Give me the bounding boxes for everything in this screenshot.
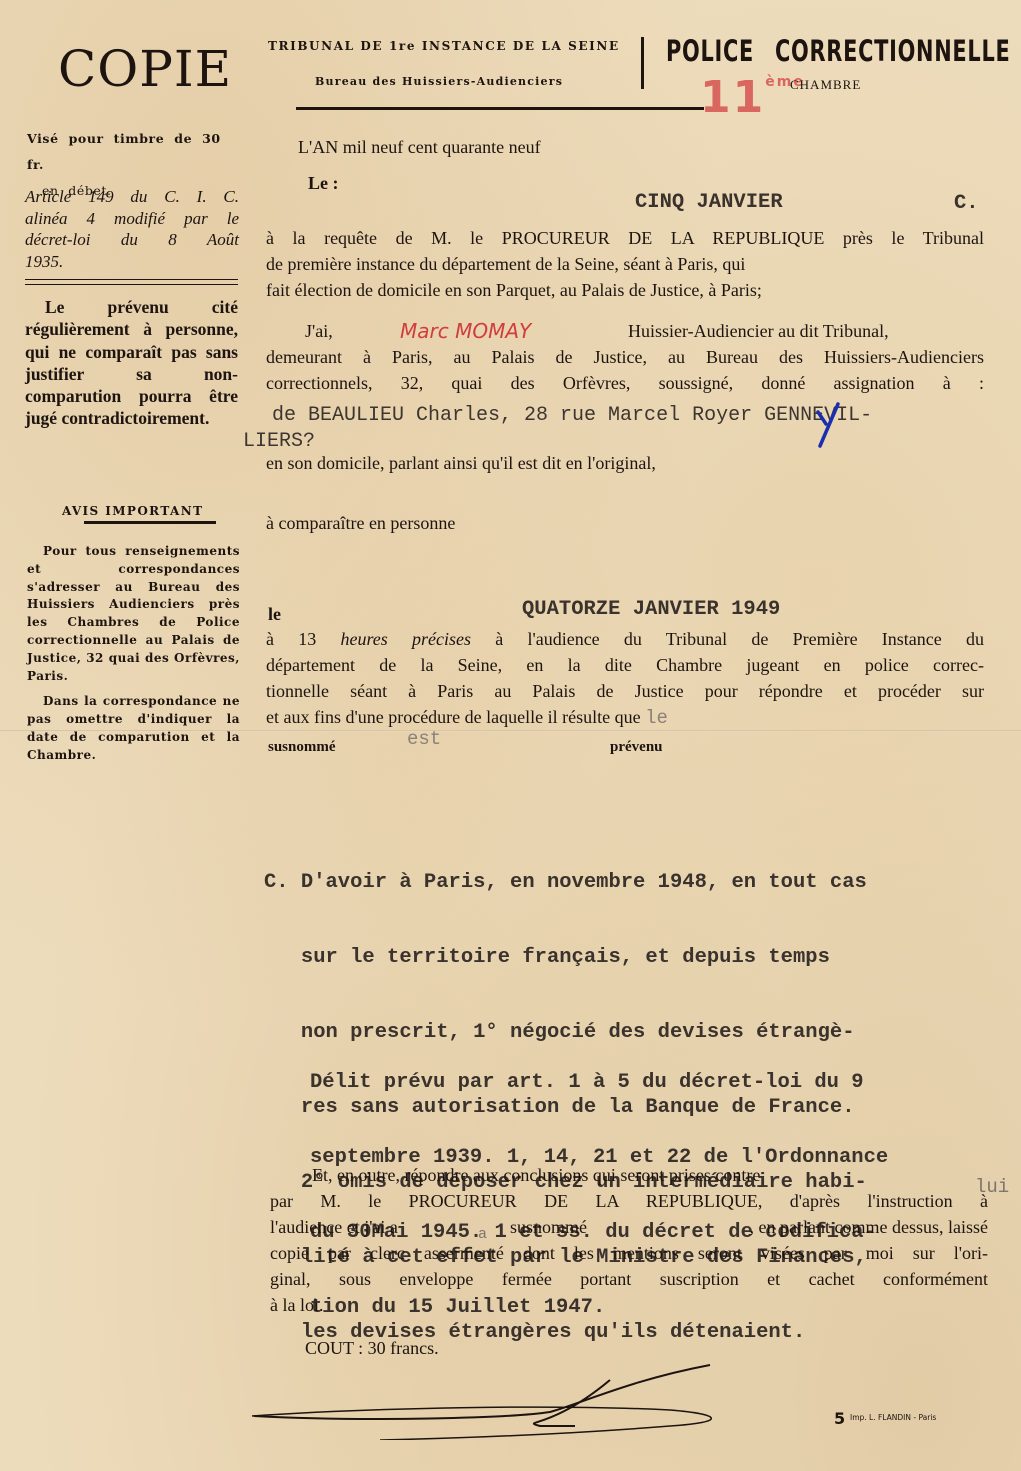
printer-number: 5 <box>834 1409 845 1428</box>
copie-title: COPIE <box>58 40 232 98</box>
handwritten-correction-mark <box>812 402 842 450</box>
tribunal-heading: TRIBUNAL DE 1re INSTANCE DE LA SEINE <box>268 39 620 53</box>
domicile-line: en son domicile, parlant ainsi qu'il est… <box>266 450 656 476</box>
charge-line: sur le territoire français, et depuis te… <box>264 945 867 970</box>
le-lower-label: le <box>268 601 281 627</box>
year-line: L'AN mil neuf cent quarante neuf <box>298 134 541 160</box>
outre-line: l'audience et j'ai a a susnommé , en par… <box>270 1214 988 1240</box>
article-line: Article 149 du C. I. C. <box>25 186 239 208</box>
bureau-subheading: Bureau des Huissiers-Audienciers <box>315 75 563 88</box>
sidebar-rule-bottom <box>25 284 238 285</box>
requete-line: fait élection de domicile en son Parquet… <box>266 277 984 303</box>
avis-paragraph-1: Pour tous renseignements et correspondan… <box>27 543 240 685</box>
requete-paragraph: à la requête de M. le PROCUREUR DE LA RE… <box>266 225 984 303</box>
avis-rule <box>84 521 216 524</box>
hearing-line: tionnelle séant à Paris au Palais de Jus… <box>266 678 984 704</box>
hearing-line: département de la Seine, en la dite Cham… <box>266 652 984 678</box>
demeurant-line: demeurant à Paris, au Palais de Justice,… <box>266 344 984 370</box>
huissier-name-stamp: Marc MOMAY <box>400 319 531 343</box>
article-line: décret-loi du 8 Août <box>25 229 239 251</box>
requete-line: de première instance du département de l… <box>266 251 984 277</box>
laisse-text: , en parlant comme dessus, laissé <box>670 1214 988 1240</box>
susnomme-label: susnommé <box>268 734 336 760</box>
police-correctionnelle-heading: POLICE CORRECTIONNELLE <box>666 34 1010 68</box>
avis-important-title: AVIS IMPORTANT <box>62 504 203 518</box>
typed-le: le <box>645 707 668 729</box>
signature-icon <box>250 1360 770 1440</box>
avis-paragraph-2: Dans la correspondance ne pas omettre d'… <box>27 693 240 764</box>
summons-date-mark: C. <box>954 191 979 216</box>
comparaitre-line: à comparaître en personne <box>266 510 455 536</box>
hearing-paragraph: à 13 heures précises à l'audience du Tri… <box>266 626 984 731</box>
default-judgment-notice: Le prévenu cité régulièrement à personne… <box>25 296 238 430</box>
summons-date-typed: CINQ JANVIER <box>635 190 783 215</box>
prevenu-label: prévenu <box>610 734 663 760</box>
outre-line: copie par clerc assermenté dont les ment… <box>270 1240 988 1266</box>
conclusions-paragraph: Et, en outre, répondre aux conclusions q… <box>270 1162 988 1318</box>
hearing-time: 13 <box>298 629 316 649</box>
chambre-label: CHAMBRE <box>790 77 861 93</box>
outre-line: par M. le PROCUREUR DE LA REPUBLIQUE, d'… <box>270 1188 988 1214</box>
hearing-line: et aux fins d'une procédure de laquelle … <box>266 704 984 731</box>
article-reference: Article 149 du C. I. C. alinéa 4 modifié… <box>25 186 239 272</box>
hearing-line: à 13 heures précises à l'audience du Tri… <box>266 626 984 652</box>
jai-label: J'ai, <box>305 318 333 344</box>
outre-line: Et, en outre, répondre aux conclusions q… <box>270 1162 988 1188</box>
delit-line: Délit prévu par art. 1 à 5 du décret-loi… <box>310 1070 888 1095</box>
printer-imprint: Imp. L. FLANDIN - Paris <box>850 1413 936 1422</box>
defendant-address-typed: de BEAULIEU Charles, 28 rue Marcel Royer… <box>272 404 872 427</box>
typed-est: est <box>407 728 441 750</box>
le-label: Le : <box>308 170 339 196</box>
outre-line: à la loi. <box>270 1292 988 1318</box>
susnomme-inline: susnommé <box>510 1214 587 1240</box>
heures-precises: heures précises <box>340 629 471 649</box>
header-divider <box>641 37 644 89</box>
article-line: 1935. <box>25 251 239 273</box>
vise-line-1: Visé pour timbre de 30 fr. <box>27 126 242 178</box>
sidebar-rule-top <box>25 279 238 280</box>
demeurant-paragraph: demeurant à Paris, au Palais de Justice,… <box>266 344 984 396</box>
outre-line: ginal, sous enveloppe fermée portant sus… <box>270 1266 988 1292</box>
header-rule <box>296 107 704 110</box>
avis-important-text: Pour tous renseignements et correspondan… <box>27 543 240 773</box>
huissier-title: Huissier-Audiencier au dit Tribunal, <box>628 318 889 344</box>
cost-line: COUT : 30 francs. <box>305 1335 439 1361</box>
requete-line: à la requête de M. le PROCUREUR DE LA RE… <box>266 225 984 251</box>
article-line: alinéa 4 modifié par le <box>25 208 239 230</box>
charge-line: C. D'avoir à Paris, en novembre 1948, en… <box>264 870 867 895</box>
hearing-date-typed: QUATORZE JANVIER 1949 <box>522 597 780 622</box>
typed-a: a <box>478 1222 487 1248</box>
demeurant-line: correctionnels, 32, quai des Orfèvres, s… <box>266 370 984 396</box>
